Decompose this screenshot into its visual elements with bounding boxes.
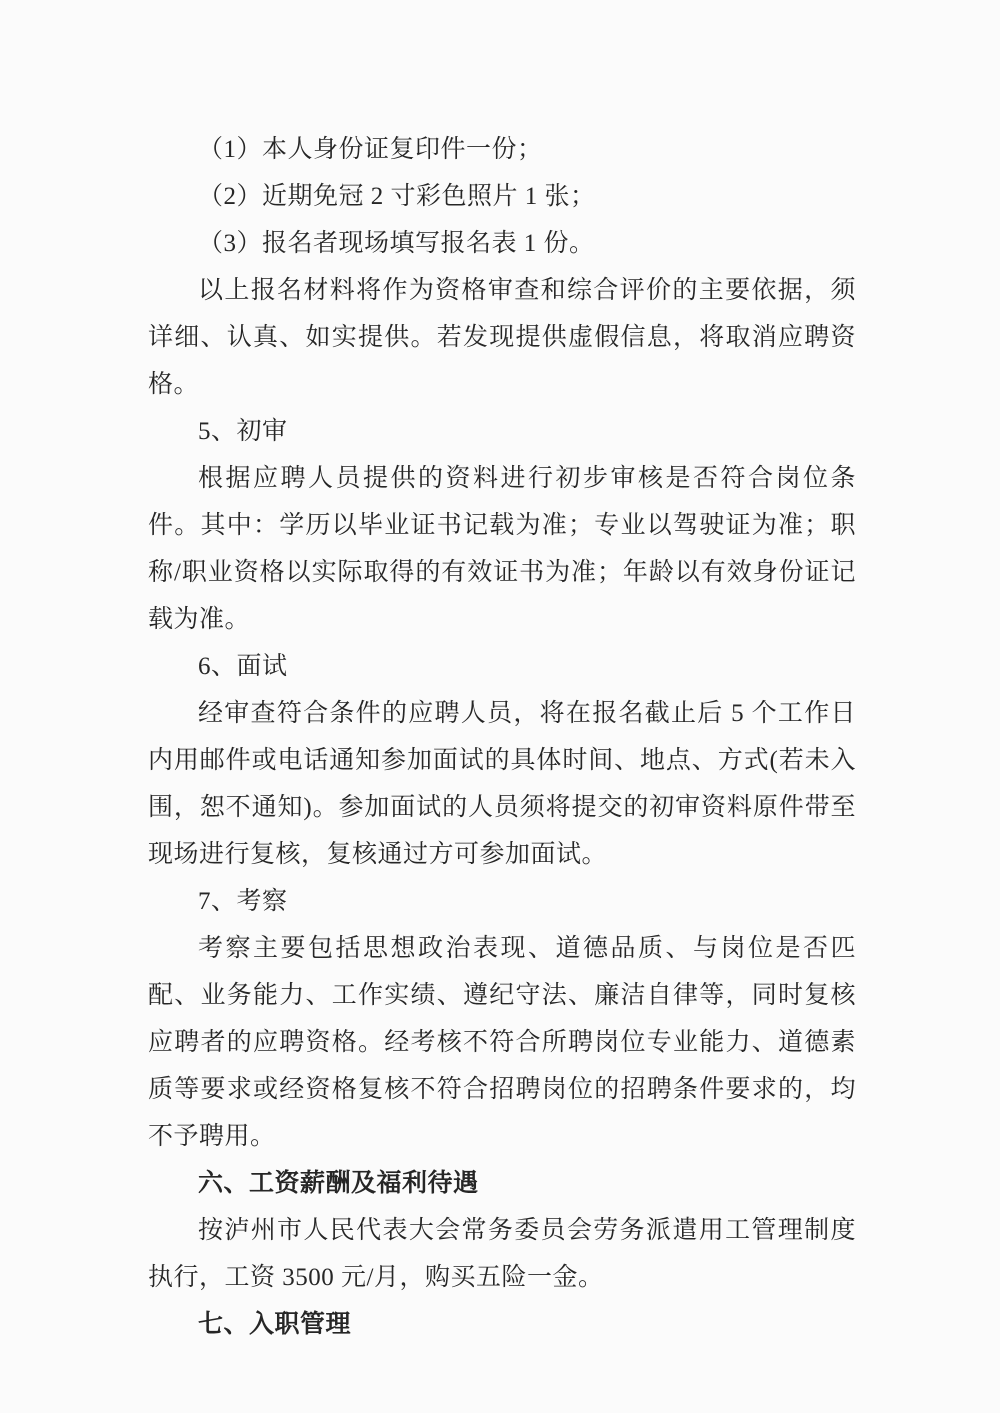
section-heading: 七、入职管理 [148,1301,856,1348]
paragraph: 经审查符合条件的应聘人员，将在报名截止后 5 个工作日内用邮件或电话通知参加面试… [148,690,856,878]
paragraph: （2）近期免冠 2 寸彩色照片 1 张； [148,173,856,220]
paragraph: 考察主要包括思想政治表现、道德品质、与岗位是否匹配、业务能力、工作实绩、遵纪守法… [148,925,856,1160]
paragraph: 5、初审 [148,408,856,455]
document-page: （1）本人身份证复印件一份；（2）近期免冠 2 寸彩色照片 1 张；（3）报名者… [0,0,1000,1413]
paragraph: （1）本人身份证复印件一份； [148,126,856,173]
paragraph: 根据应聘人员提供的资料进行初步审核是否符合岗位条件。其中：学历以毕业证书记载为准… [148,455,856,643]
paragraph: 6、面试 [148,643,856,690]
section-heading: 六、工资薪酬及福利待遇 [148,1160,856,1207]
document-body: （1）本人身份证复印件一份；（2）近期免冠 2 寸彩色照片 1 张；（3）报名者… [148,126,856,1348]
paragraph: （3）报名者现场填写报名表 1 份。 [148,220,856,267]
paragraph: 按泸州市人民代表大会常务委员会劳务派遣用工管理制度执行，工资 3500 元/月，… [148,1207,856,1301]
paragraph: 7、考察 [148,878,856,925]
paragraph: 以上报名材料将作为资格审查和综合评价的主要依据，须详细、认真、如实提供。若发现提… [148,267,856,408]
